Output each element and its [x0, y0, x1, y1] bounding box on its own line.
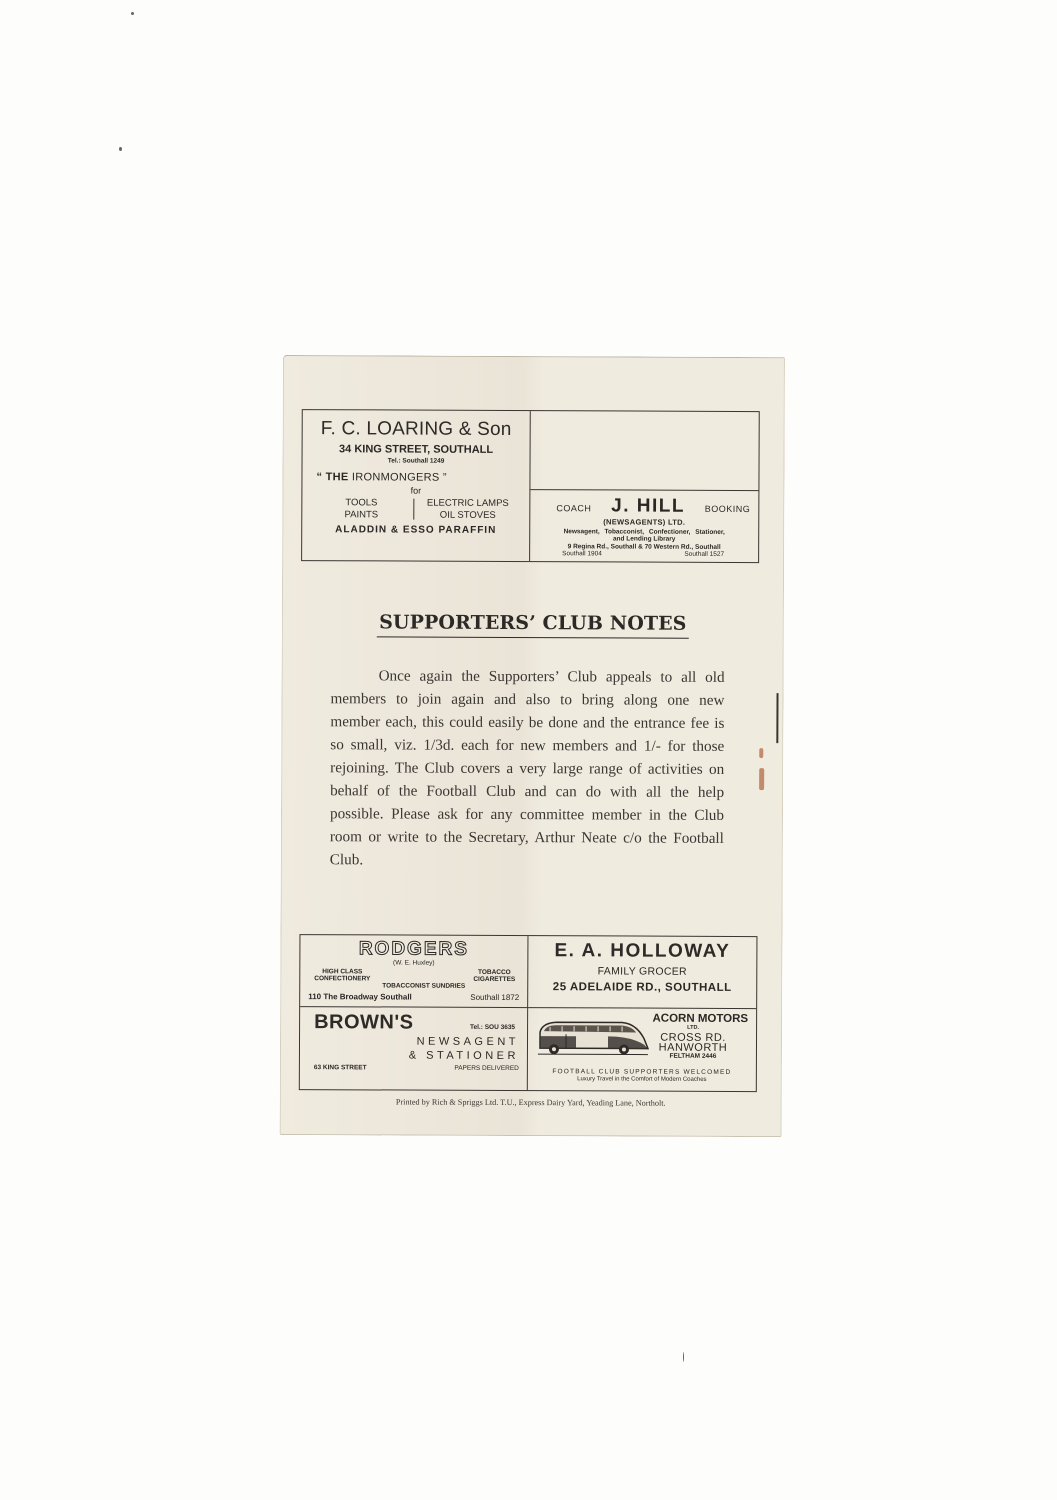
- browns-header: BROWN'S Tel.: SOU 3635: [314, 1011, 519, 1035]
- browns-address: 63 KING STREET: [314, 1064, 367, 1071]
- divider: [413, 499, 414, 520]
- ad-loaring: F. C. LOARING & Son 34 KING STREET, SOUT…: [302, 410, 531, 561]
- loaring-products: TOOLS PAINTS ELECTRIC LAMPS OIL STOVES: [302, 496, 529, 522]
- loaring-tagline-rest: IRONMONGERS ”: [349, 471, 447, 483]
- crease-mark: [776, 693, 778, 743]
- hill-name: J. HILL: [611, 495, 685, 517]
- loaring-paraffin: ALADDIN & ESSO PARAFFIN: [302, 524, 529, 536]
- stain: [759, 748, 763, 758]
- holloway-name: E. A. HOLLOWAY: [528, 940, 756, 963]
- goods-item: CIGARETTES: [473, 976, 515, 983]
- hill-phones: Southall 1904 Southall 1527: [530, 550, 758, 558]
- rodgers-phone: Southall 1872: [470, 993, 519, 1002]
- programme-page: F. C. LOARING & Son 34 KING STREET, SOUT…: [280, 355, 785, 1137]
- rodgers-name: RODGERS: [300, 938, 527, 961]
- loaring-left-products: TOOLS PAINTS: [314, 496, 409, 521]
- ad-rodgers: RODGERS (W. E. Huxley) HIGH CLASS CONFEC…: [300, 935, 528, 1008]
- hill-headline: COACH J. HILL BOOKING: [530, 495, 758, 518]
- loaring-name: F. C. LOARING & Son: [303, 418, 530, 441]
- rodgers-sundries: TOBACCONIST SUNDRIES: [300, 982, 527, 990]
- stain: [759, 768, 764, 790]
- hill-phone-right: Southall 1527: [684, 551, 724, 558]
- product-item: TOOLS: [314, 497, 409, 509]
- acorn-details: ACORN MOTORS LTD. CROSS RD. HANWORTH FEL…: [638, 1013, 748, 1060]
- acorn-name: ACORN MOTORS: [638, 1013, 748, 1025]
- speck: [683, 1352, 684, 1362]
- product-item: PAINTS: [314, 509, 409, 521]
- hill-coach: COACH: [556, 503, 591, 513]
- browns-stationer: & STATIONER: [314, 1048, 519, 1063]
- ad-acorn: ACORN MOTORS LTD. CROSS RD. HANWORTH FEL…: [528, 1008, 756, 1091]
- ad-hill: COACH J. HILL BOOKING (NEWSAGENTS) LTD. …: [530, 490, 758, 562]
- loaring-tagline-bold: “ THE: [316, 471, 348, 483]
- rodgers-left-goods: HIGH CLASS CONFECTIONERY: [314, 968, 370, 982]
- product-item: ELECTRIC LAMPS: [418, 498, 518, 510]
- loaring-address: 34 KING STREET, SOUTHALL: [303, 443, 530, 456]
- rodgers-goods: HIGH CLASS CONFECTIONERY TOBACCO CIGARET…: [300, 966, 527, 983]
- article-body: Once again the Supporters’ Club appeals …: [330, 664, 725, 873]
- hill-ltd: (NEWSAGENTS) LTD.: [530, 517, 758, 527]
- hill-booking: BOOKING: [705, 504, 751, 514]
- hill-phone-left: Southall 1904: [562, 550, 602, 557]
- browns-tel: Tel.: SOU 3635: [470, 1024, 519, 1031]
- speck: [131, 12, 134, 15]
- browns-name: BROWN'S: [314, 1011, 413, 1034]
- browns-newsagent: NEWSAGENT: [314, 1034, 519, 1049]
- coach-bus-icon: [536, 1018, 650, 1058]
- speck: [119, 147, 122, 151]
- browns-service: PAPERS DELIVERED: [454, 1065, 519, 1072]
- goods-item: CONFECTIONERY: [314, 975, 370, 982]
- acorn-welcome: FOOTBALL CLUB SUPPORTERS WELCOMED: [528, 1068, 756, 1076]
- acorn-town: HANWORTH: [638, 1043, 748, 1053]
- product-item: OIL STOVES: [418, 510, 518, 522]
- hill-library: and Lending Library: [530, 535, 758, 543]
- blank-ad-space: [530, 411, 758, 491]
- acorn-slogan: Luxury Travel in the Comfort of Modern C…: [528, 1076, 756, 1083]
- top-right-column: COACH J. HILL BOOKING (NEWSAGENTS) LTD. …: [530, 411, 759, 562]
- rodgers-footer: 110 The Broadway Southall Southall 1872: [300, 992, 527, 1002]
- printer-credit: Printed by Rich & Spriggs Ltd. T.U., Exp…: [281, 1097, 781, 1108]
- acorn-ltd: LTD.: [638, 1025, 748, 1031]
- rodgers-right-goods: TOBACCO CIGARETTES: [473, 969, 515, 983]
- loaring-right-products: ELECTRIC LAMPS OIL STOVES: [418, 497, 518, 522]
- acorn-phone: FELTHAM 2446: [638, 1053, 748, 1060]
- holloway-address: 25 ADELAIDE RD., SOUTHALL: [528, 981, 756, 994]
- top-ad-block: F. C. LOARING & Son 34 KING STREET, SOUT…: [301, 409, 760, 563]
- ad-holloway: E. A. HOLLOWAY FAMILY GROCER 25 ADELAIDE…: [528, 936, 756, 1009]
- holloway-role: FAMILY GROCER: [528, 965, 756, 978]
- loaring-tel: Tel.: Southall 1249: [303, 457, 530, 465]
- rodgers-address: 110 The Broadway Southall: [308, 992, 412, 1001]
- loaring-tagline: “ THE IRONMONGERS ”: [302, 471, 529, 484]
- loaring-for: for: [302, 485, 529, 496]
- article-heading: SUPPORTERS’ CLUB NOTES: [283, 611, 783, 635]
- bottom-ad-block: RODGERS (W. E. Huxley) HIGH CLASS CONFEC…: [299, 934, 758, 1092]
- ad-browns: BROWN'S Tel.: SOU 3635 NEWSAGENT & STATI…: [300, 1007, 528, 1090]
- browns-footer: 63 KING STREET PAPERS DELIVERED: [314, 1064, 519, 1072]
- article-body-text: Once again the Supporters’ Club appeals …: [330, 667, 725, 868]
- heading-text: SUPPORTERS’ CLUB NOTES: [377, 611, 689, 638]
